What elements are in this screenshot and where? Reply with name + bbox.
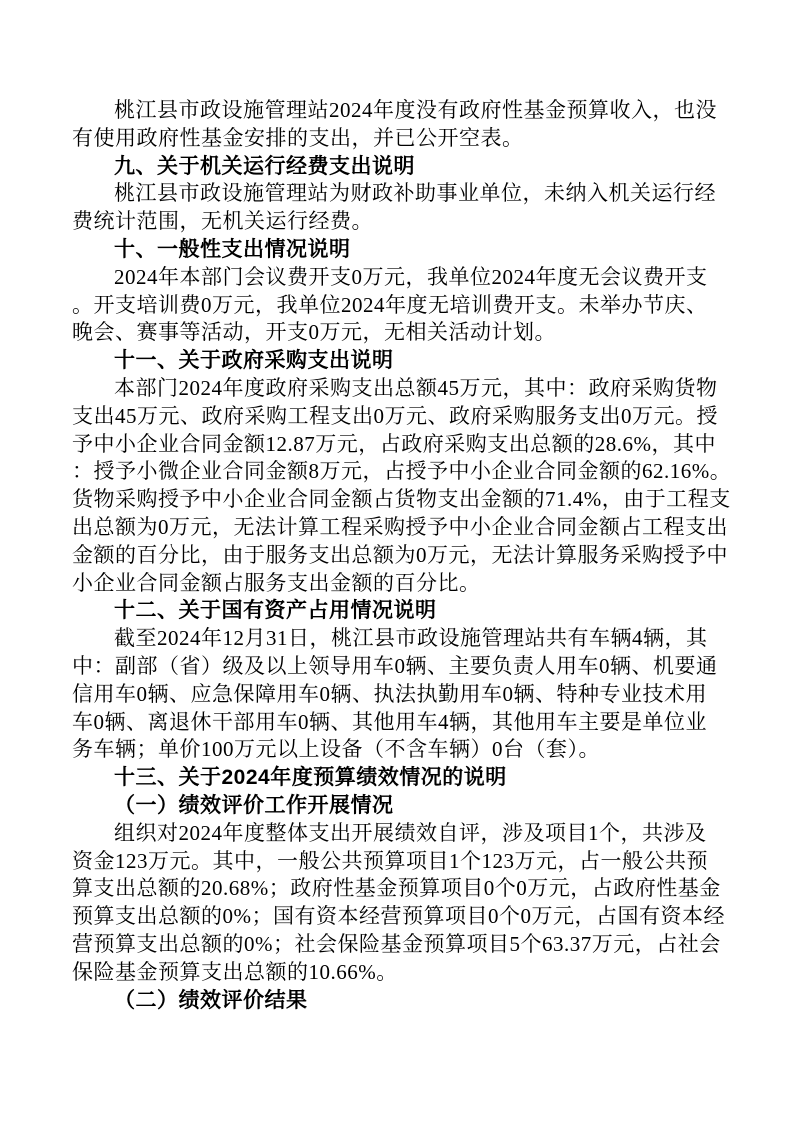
paragraph: 组织对2024年度整体支出开展绩效自评，涉及项目1个，共涉及资金123万元。其中…: [72, 820, 755, 987]
text-line: 截至2024年12月31日，桃江县市政设施管理站共有车辆4辆，其: [72, 625, 755, 653]
section-heading: （二）绩效评价结果: [72, 987, 755, 1015]
text-line: 算支出总额的20.68%；政府性基金预算项目0个0万元，占政府性基金: [72, 875, 755, 903]
text-line: 营预算支出总额的0%；社会保险基金预算项目5个63.37万元，占社会: [72, 931, 755, 959]
heading-line: 九、关于机关运行经费支出说明: [72, 153, 755, 181]
text-line: 桃江县市政设施管理站2024年度没有政府性基金预算收入，也没: [72, 97, 755, 125]
text-line: 。开支培训费0万元，我单位2024年度无培训费开支。未举办节庆、: [72, 292, 755, 320]
section-heading: （一）绩效评价工作开展情况: [72, 792, 755, 820]
heading-line: 十一、关于政府采购支出说明: [72, 347, 755, 375]
text-line: 货物采购授予中小企业合同金额占货物支出金额的71.4%，由于工程支: [72, 486, 755, 514]
text-line: 出总额为0万元，无法计算工程采购授予中小企业合同金额占工程支出: [72, 514, 755, 542]
text-line: 车0辆、离退休干部用车0辆、其他用车4辆，其他用车主要是单位业: [72, 709, 755, 737]
heading-line: 十、一般性支出情况说明: [72, 236, 755, 264]
heading-line: 十二、关于国有资产占用情况说明: [72, 597, 755, 625]
heading-line: 十三、关于2024年度预算绩效情况的说明: [72, 764, 755, 792]
paragraph: 桃江县市政设施管理站2024年度没有政府性基金预算收入，也没有使用政府性基金安排…: [72, 97, 755, 153]
paragraph: 桃江县市政设施管理站为财政补助事业单位，未纳入机关运行经费统计范围，无机关运行经…: [72, 180, 755, 236]
paragraph: 2024年本部门会议费开支0万元，我单位2024年度无会议费开支。开支培训费0万…: [72, 264, 755, 347]
text-line: ：授予小微企业合同金额8万元，占授予中小企业合同金额的62.16%。: [72, 458, 755, 486]
heading-line: （二）绩效评价结果: [72, 987, 755, 1015]
text-line: 预算支出总额的0%；国有资本经营预算项目0个0万元，占国有资本经: [72, 903, 755, 931]
section-heading: 十、一般性支出情况说明: [72, 236, 755, 264]
text-line: 予中小企业合同金额12.87万元，占政府采购支出总额的28.6%，其中: [72, 431, 755, 459]
document-page: 桃江县市政设施管理站2024年度没有政府性基金预算收入，也没有使用政府性基金安排…: [0, 0, 793, 1122]
text-line: 有使用政府性基金安排的支出，并已公开空表。: [72, 125, 755, 153]
text-line: 务车辆；单价100万元以上设备（不含车辆）0台（套）。: [72, 736, 755, 764]
text-line: 本部门2024年度政府采购支出总额45万元，其中：政府采购货物: [72, 375, 755, 403]
heading-line: （一）绩效评价工作开展情况: [72, 792, 755, 820]
text-line: 中：副部（省）级及以上领导用车0辆、主要负责人用车0辆、机要通: [72, 653, 755, 681]
text-line: 2024年本部门会议费开支0万元，我单位2024年度无会议费开支: [72, 264, 755, 292]
text-line: 桃江县市政设施管理站为财政补助事业单位，未纳入机关运行经: [72, 180, 755, 208]
text-line: 晚会、赛事等活动，开支0万元，无相关活动计划。: [72, 319, 755, 347]
section-heading: 十二、关于国有资产占用情况说明: [72, 597, 755, 625]
text-line: 金额的百分比，由于服务支出总额为0万元，无法计算服务采购授予中: [72, 542, 755, 570]
paragraph: 截至2024年12月31日，桃江县市政设施管理站共有车辆4辆，其中：副部（省）级…: [72, 625, 755, 764]
text-line: 信用车0辆、应急保障用车0辆、执法执勤用车0辆、特种专业技术用: [72, 681, 755, 709]
section-heading: 九、关于机关运行经费支出说明: [72, 153, 755, 181]
text-line: 组织对2024年度整体支出开展绩效自评，涉及项目1个，共涉及: [72, 820, 755, 848]
text-line: 保险基金预算支出总额的10.66%。: [72, 959, 755, 987]
paragraph: 本部门2024年度政府采购支出总额45万元，其中：政府采购货物支出45万元、政府…: [72, 375, 755, 597]
text-line: 支出45万元、政府采购工程支出0万元、政府采购服务支出0万元。授: [72, 403, 755, 431]
text-line: 费统计范围，无机关运行经费。: [72, 208, 755, 236]
text-line: 资金123万元。其中，一般公共预算项目1个123万元，占一般公共预: [72, 848, 755, 876]
text-line: 小企业合同金额占服务支出金额的百分比。: [72, 570, 755, 598]
section-heading: 十一、关于政府采购支出说明: [72, 347, 755, 375]
section-heading: 十三、关于2024年度预算绩效情况的说明: [72, 764, 755, 792]
